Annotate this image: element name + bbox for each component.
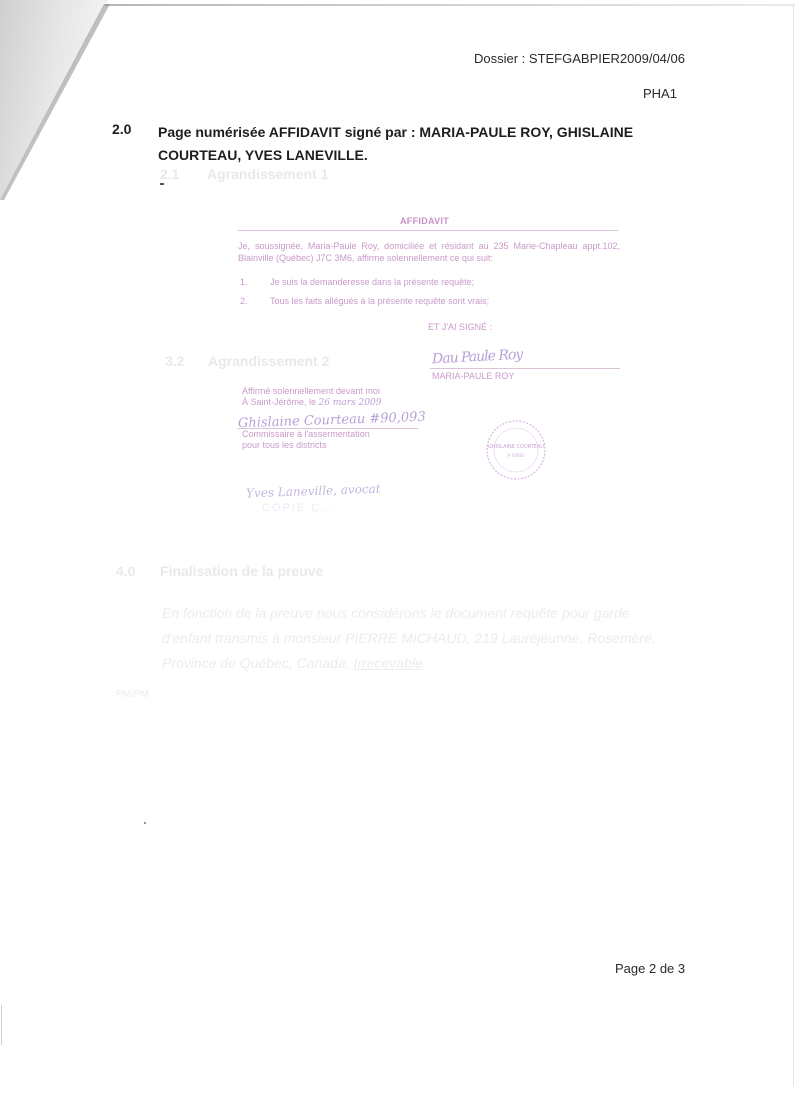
affidavit-item-text: Tous les faits allégués à la présente re… [270, 296, 489, 306]
commissioner-jurisdiction: pour tous les districts [242, 440, 370, 451]
page-top-edge [105, 4, 795, 6]
affidavit-item-number: 2. [240, 296, 270, 306]
handwritten-date: 26 mars 2009 [319, 398, 382, 408]
affidavit-item-number: 1. [240, 277, 270, 287]
document-code: PHA1 [643, 86, 677, 101]
commissioner-stamp-icon: GHISLAINE COURTEAU # 00000 [484, 418, 548, 482]
affidavit-intro: Je, soussignée, Maria-Paule Roy, domicil… [238, 240, 620, 264]
affidavit-title: AFFIDAVIT [400, 216, 449, 226]
ghost-paragraph-end: . [423, 655, 427, 671]
affidavit-item: 1.Je suis la demanderesse dans la présen… [240, 277, 474, 287]
svg-text:# 00000: # 00000 [507, 453, 525, 458]
scan-speck [144, 822, 146, 824]
affirmation-block: Affirmé solennellement devant moi À Sain… [242, 386, 381, 409]
commissioner-block: Commissaire à l'assermentation pour tous… [242, 429, 370, 451]
svg-text:GHISLAINE COURTEAU: GHISLAINE COURTEAU [488, 444, 544, 450]
affirmation-place: À Saint-Jérôme, le [242, 397, 316, 407]
signature-laneville: Yves Laneville, avocat [246, 482, 381, 501]
signature-line [430, 368, 620, 369]
ghost-section-title: Agrandissement 1 [207, 166, 328, 182]
affirmation-line: Affirmé solennellement devant moi [242, 386, 381, 397]
ghost-section-title: Agrandissement 2 [208, 353, 329, 369]
affidavit-item-text: Je suis la demanderesse dans la présente… [270, 277, 474, 287]
section-title: Page numérisée AFFIDAVIT signé par : MAR… [158, 121, 638, 167]
ghost-copy-stamp: COPIE C... [262, 502, 336, 514]
ghost-section-number: 2.1 [160, 166, 179, 182]
scan-mark [1, 1005, 2, 1045]
signatory-name: MARIA-PAULE ROY [432, 371, 514, 381]
ghost-section-title: Finalisation de la preuve [160, 563, 323, 579]
dossier-reference: Dossier : STEFGABPIER2009/04/06 [474, 51, 685, 66]
ghost-section-number: 4.0 [116, 563, 135, 579]
signed-label: ET J'AI SIGNÉ : [428, 322, 492, 332]
signature-roy: Dau Paule Roy [432, 347, 523, 368]
commissioner-title: Commissaire à l'assermentation [242, 429, 370, 440]
affidavit-divider [238, 230, 618, 231]
folded-corner-shadow [0, 0, 120, 220]
page-right-edge [793, 6, 794, 1086]
ghost-section-number: 3.2 [165, 353, 184, 369]
ghost-paragraph: En fonction de la preuve nous considéron… [162, 601, 682, 676]
ghost-paragraph-verdict: Irrecevable [353, 655, 422, 671]
ghost-initials: PM/PM [116, 689, 149, 700]
affirmation-place-date: À Saint-Jérôme, le 26 mars 2009 [242, 397, 381, 409]
scan-speck [160, 183, 164, 185]
page-number: Page 2 de 3 [615, 961, 685, 976]
affidavit-item: 2.Tous les faits allégués à la présente … [240, 296, 489, 306]
section-number: 2.0 [112, 121, 131, 137]
